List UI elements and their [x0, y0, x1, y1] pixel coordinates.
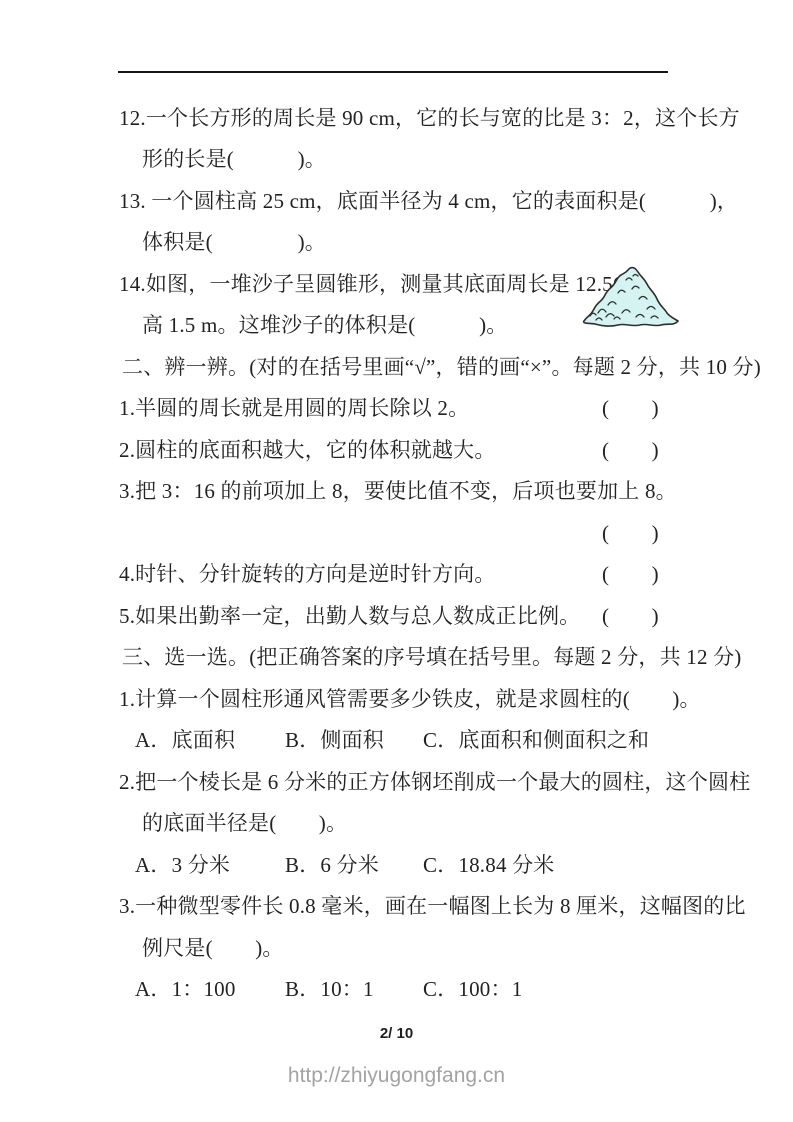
section-header: 二、辨一辨。(对的在括号里画“√”，错的画“×”。每题 2 分，共 10 分) — [119, 345, 693, 387]
line-text: 体积是( )。 — [142, 226, 326, 256]
answer-bracket: ( ) — [602, 558, 659, 588]
question-line: 1.计算一个圆柱形通风管需要多少铁皮，就是求圆柱的( )。 — [119, 677, 693, 719]
option-row: A．3 分米B．6 分米C．18.84 分米 — [119, 843, 693, 885]
continuation-line: 的底面半径是( )。 — [119, 802, 693, 844]
line-text: 例尺是( )。 — [142, 932, 284, 962]
question-line: 13. 一个圆柱高 25 cm，底面半径为 4 cm，它的表面积是( )， — [119, 179, 693, 221]
answer-bracket: ( ) — [602, 600, 659, 630]
option-choice: B．10：1 — [285, 973, 423, 1003]
line-text: 三、选一选。(把正确答案的序号填在括号里。每题 2 分，共 12 分) — [122, 641, 741, 671]
line-text: 3.把 3：16 的前项加上 8，要使比值不变，后项也要加上 8。 — [119, 475, 677, 505]
footer-url: http://zhiyugongfang.cn — [0, 1064, 793, 1088]
question-line: 12.一个长方形的周长是 90 cm，它的长与宽的比是 3：2，这个长方 — [119, 96, 693, 138]
question-line: 5.如果出勤率一定，出勤人数与总人数成正比例。( ) — [119, 594, 693, 636]
line-text: 二、辨一辨。(对的在括号里画“√”，错的画“×”。每题 2 分，共 10 分) — [122, 351, 761, 381]
answer-bracket: ( ) — [602, 517, 659, 547]
option-row: A．1：100B．10：1C．100：1 — [119, 968, 693, 1010]
line-text: 4.时针、分针旋转的方向是逆时针方向。 — [119, 558, 496, 588]
continuation-line: 形的长是( )。 — [119, 138, 693, 180]
sand-pile-body — [584, 268, 678, 327]
question-line: 4.时针、分针旋转的方向是逆时针方向。( ) — [119, 553, 693, 595]
line-text: 1.计算一个圆柱形通风管需要多少铁皮，就是求圆柱的( )。 — [119, 683, 701, 713]
line-text: 1.半圆的周长就是用圆的周长除以 2。 — [119, 392, 469, 422]
line-text: 的底面半径是( )。 — [142, 807, 347, 837]
option-choice: C．18.84 分米 — [423, 849, 555, 879]
exam-body: 12.一个长方形的周长是 90 cm，它的长与宽的比是 3：2，这个长方形的长是… — [119, 96, 693, 1009]
question-line: 3.把 3：16 的前项加上 8，要使比值不变，后项也要加上 8。 — [119, 470, 693, 512]
line-text: 12.一个长方形的周长是 90 cm，它的长与宽的比是 3：2，这个长方 — [119, 102, 740, 132]
question-line: ( ) — [119, 511, 693, 553]
header-rule — [118, 71, 668, 73]
option-row: A．底面积B．侧面积C．底面积和侧面积之和 — [119, 719, 693, 761]
sand-pile-icon — [576, 263, 686, 333]
continuation-line: 体积是( )。 — [119, 221, 693, 263]
line-text: 3.一种微型零件长 0.8 毫米，画在一幅图上长为 8 厘米，这幅图的比 — [119, 890, 746, 920]
continuation-line: 例尺是( )。 — [119, 926, 693, 968]
answer-bracket: ( ) — [602, 392, 659, 422]
option-choice: B．侧面积 — [285, 724, 423, 754]
question-line: 2.把一个棱长是 6 分米的正方体钢坯削成一个最大的圆柱，这个圆柱 — [119, 760, 693, 802]
section-header: 三、选一选。(把正确答案的序号填在括号里。每题 2 分，共 12 分) — [119, 636, 693, 678]
exam-page: 12.一个长方形的周长是 90 cm，它的长与宽的比是 3：2，这个长方形的长是… — [0, 0, 793, 1122]
option-choice: A．3 分米 — [135, 849, 285, 879]
question-line: 3.一种微型零件长 0.8 毫米，画在一幅图上长为 8 厘米，这幅图的比 — [119, 885, 693, 927]
option-choice: A．1：100 — [135, 973, 285, 1003]
line-text: 5.如果出勤率一定，出勤人数与总人数成正比例。 — [119, 600, 580, 630]
line-text: 14.如图，一堆沙子呈圆锥形，测量其底面周长是 12.56 m — [119, 268, 646, 298]
question-line: 2.圆柱的底面积越大，它的体积就越大。( ) — [119, 428, 693, 470]
page-indicator: 2/ 10 — [0, 1025, 793, 1042]
question-line: 1.半圆的周长就是用圆的周长除以 2。( ) — [119, 387, 693, 429]
line-text: 2.圆柱的底面积越大，它的体积就越大。 — [119, 434, 496, 464]
option-choice: C．100：1 — [423, 973, 522, 1003]
line-text: 高 1.5 m。这堆沙子的体积是( )。 — [142, 309, 507, 339]
answer-bracket: ( ) — [602, 434, 659, 464]
option-choice: B．6 分米 — [285, 849, 423, 879]
option-choice: C．底面积和侧面积之和 — [423, 724, 649, 754]
option-choice: A．底面积 — [135, 724, 285, 754]
line-text: 13. 一个圆柱高 25 cm，底面半径为 4 cm，它的表面积是( )， — [119, 185, 738, 215]
line-text: 2.把一个棱长是 6 分米的正方体钢坯削成一个最大的圆柱，这个圆柱 — [119, 766, 750, 796]
line-text: 形的长是( )。 — [142, 143, 326, 173]
sand-pile-figure — [576, 263, 686, 333]
